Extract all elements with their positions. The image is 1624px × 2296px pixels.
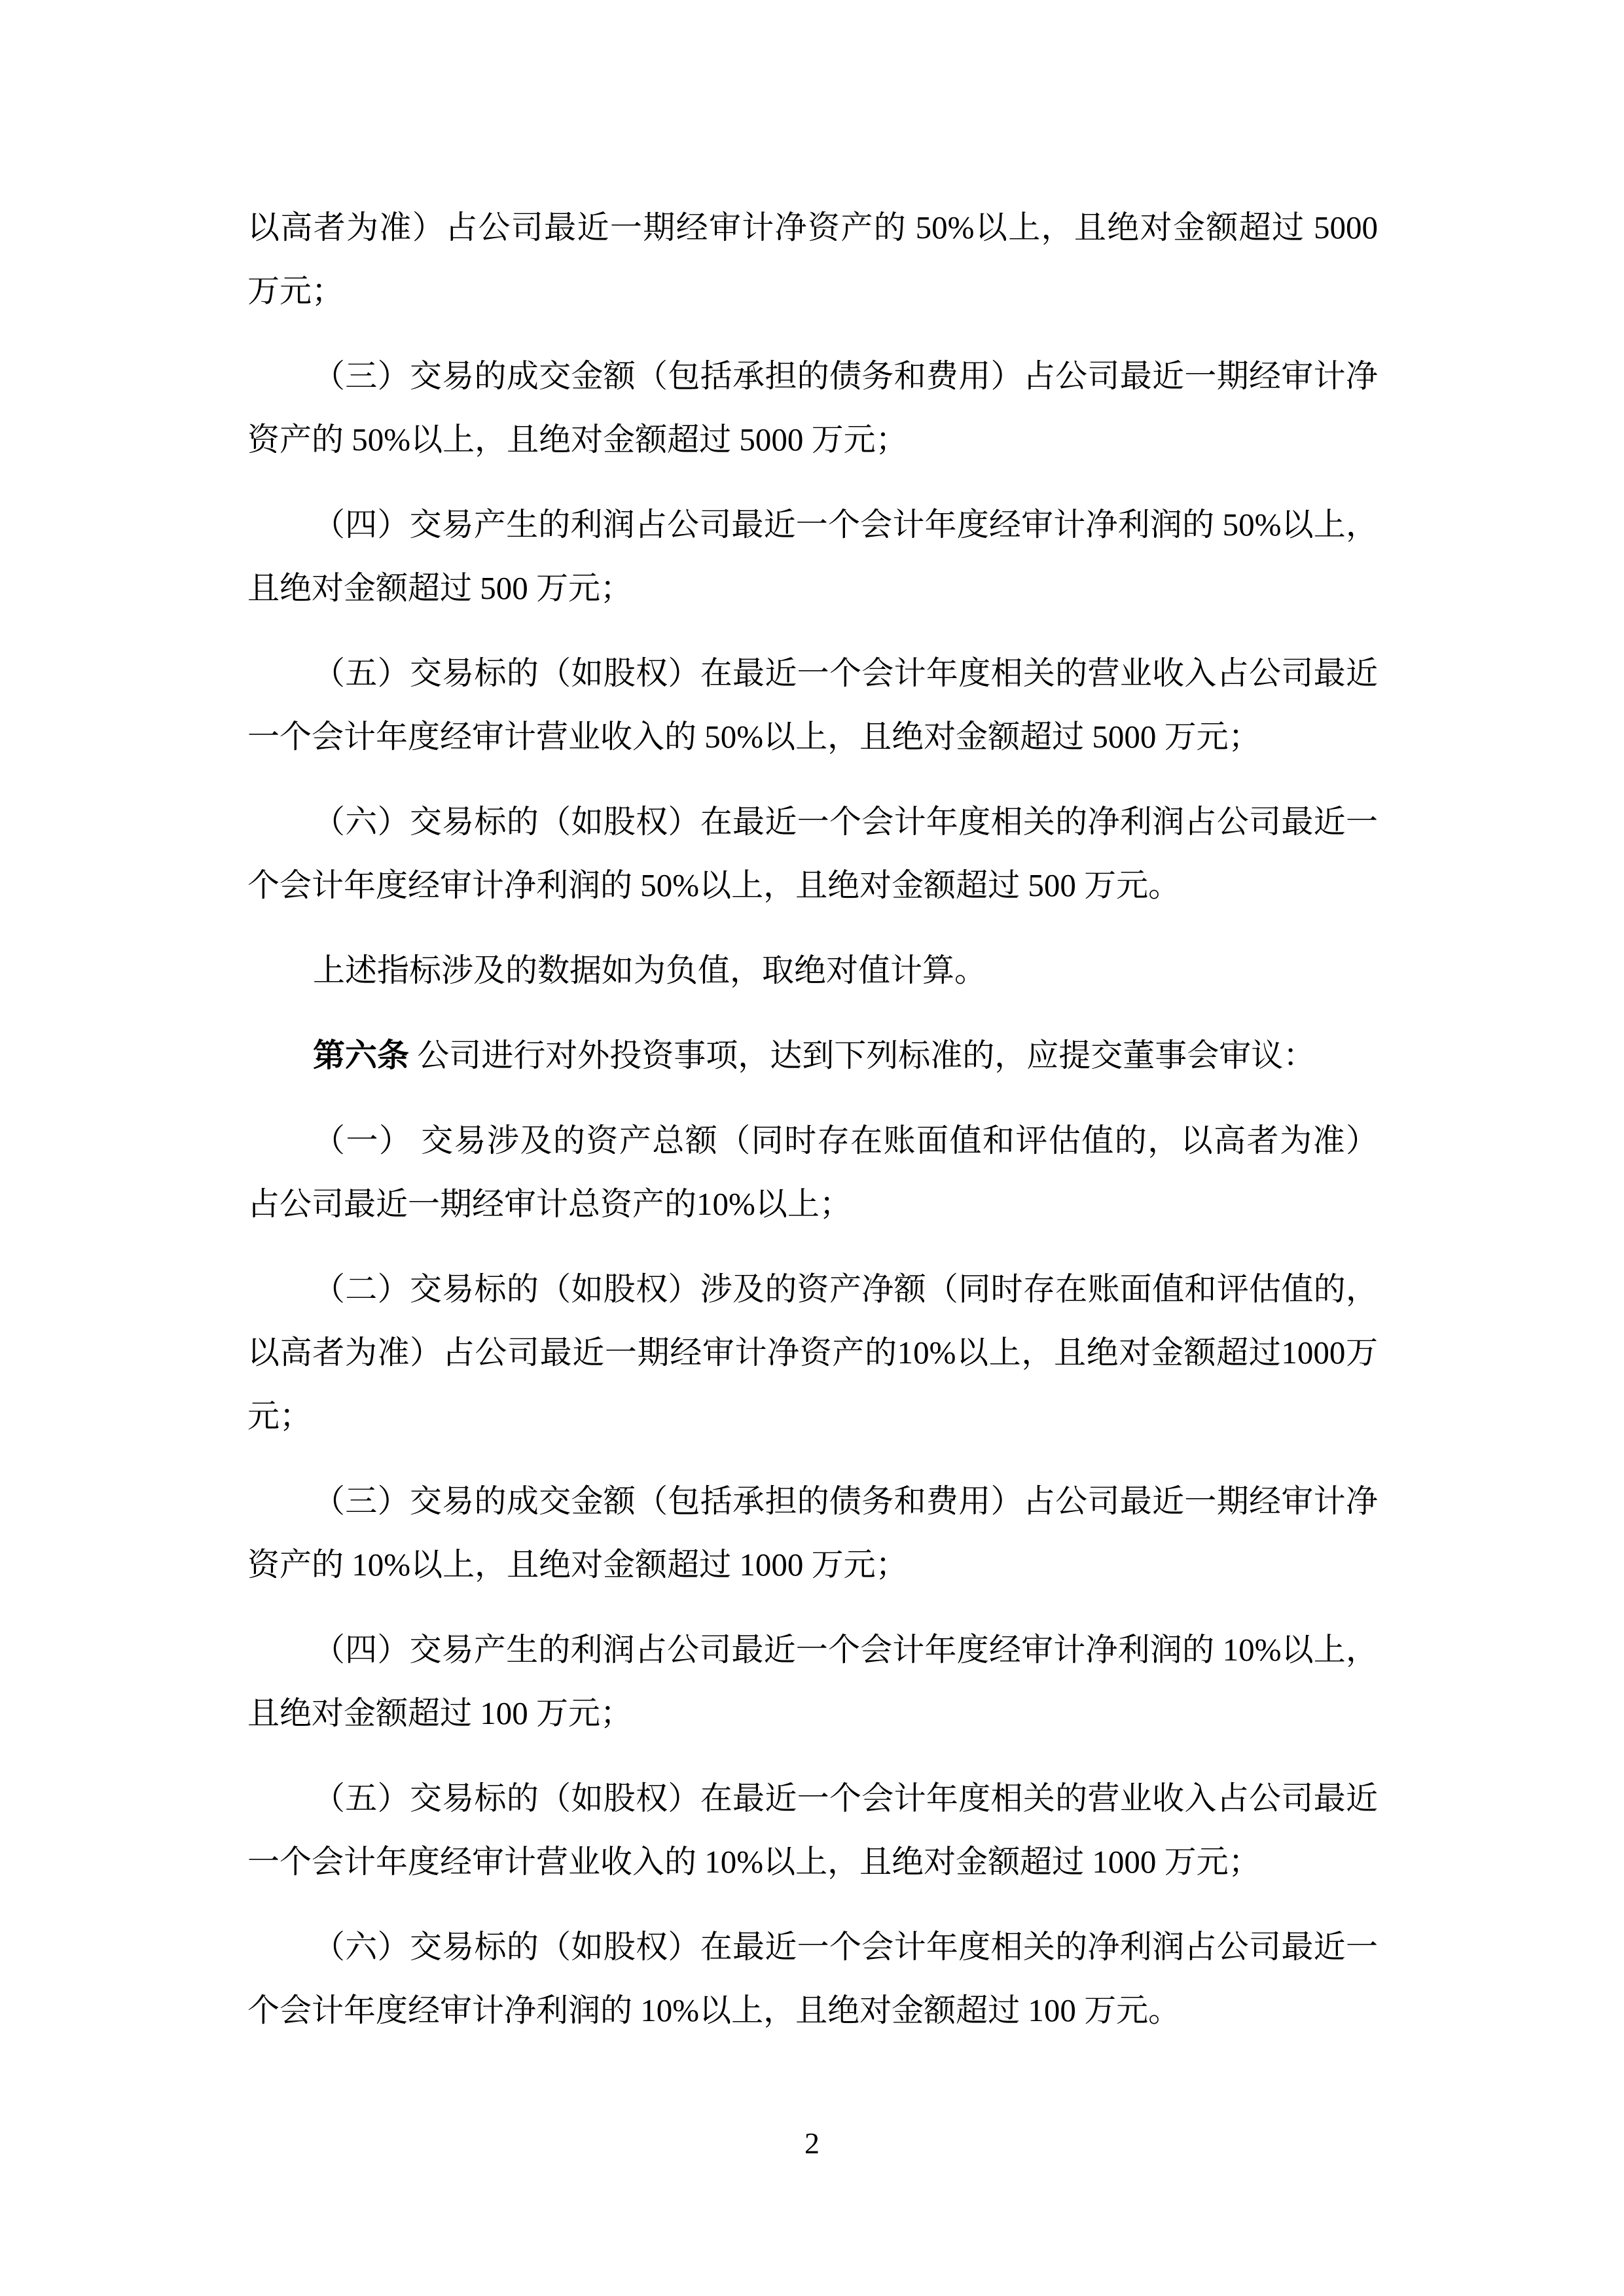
text-line: （六）交易标的（如股权）在最近一个会计年度相关的净利润占公司最近一	[247, 790, 1378, 853]
text-line: （三）交易的成交金额（包括承担的债务和费用）占公司最近一期经审计净	[247, 344, 1378, 408]
text-line: 一个会计年度经审计营业收入的 10%以上，且绝对金额超过 1000 万元；	[247, 1830, 1378, 1893]
text-line: （五）交易标的（如股权）在最近一个会计年度相关的营业收入占公司最近	[247, 641, 1378, 705]
page-footer: 2	[0, 2128, 1624, 2159]
text-line: 第六条 公司进行对外投资事项，达到下列标准的，应提交董事会审议：	[247, 1024, 1378, 1087]
text-line: （二）交易标的（如股权）涉及的资产净额（同时存在账面值和评估值的，	[247, 1257, 1378, 1321]
text-line: （四）交易产生的利润占公司最近一个会计年度经审计净利润的 10%以上，	[247, 1618, 1378, 1681]
paragraph: （三）交易的成交金额（包括承担的债务和费用）占公司最近一期经审计净资产的 10%…	[247, 1469, 1378, 1596]
paragraph: （六）交易标的（如股权）在最近一个会计年度相关的净利润占公司最近一个会计年度经审…	[247, 1915, 1378, 2042]
paragraph: 上述指标涉及的数据如为负值，取绝对值计算。	[247, 939, 1378, 1002]
text-line: 万元；	[247, 259, 1378, 323]
text-line: 个会计年度经审计净利润的 50%以上，且绝对金额超过 500 万元。	[247, 853, 1378, 917]
paragraph: （五）交易标的（如股权）在最近一个会计年度相关的营业收入占公司最近一个会计年度经…	[247, 1767, 1378, 1893]
document-page: 以高者为准）占公司最近一期经审计净资产的 50%以上，且绝对金额超过 5000万…	[0, 0, 1624, 2296]
text-line: （一） 交易涉及的资产总额（同时存在账面值和评估值的，以高者为准）	[247, 1109, 1378, 1172]
paragraph: （五）交易标的（如股权）在最近一个会计年度相关的营业收入占公司最近一个会计年度经…	[247, 641, 1378, 768]
text-line: 资产的 10%以上，且绝对金额超过 1000 万元；	[247, 1533, 1378, 1596]
text-line: 资产的 50%以上，且绝对金额超过 5000 万元；	[247, 408, 1378, 471]
text-line: 以高者为准）占公司最近一期经审计净资产的 50%以上，且绝对金额超过 5000	[247, 196, 1378, 259]
paragraph: 以高者为准）占公司最近一期经审计净资产的 50%以上，且绝对金额超过 5000万…	[247, 196, 1378, 323]
text-line: （四）交易产生的利润占公司最近一个会计年度经审计净利润的 50%以上，	[247, 493, 1378, 556]
paragraph: （四）交易产生的利润占公司最近一个会计年度经审计净利润的 10%以上，且绝对金额…	[247, 1618, 1378, 1745]
paragraph: 第六条 公司进行对外投资事项，达到下列标准的，应提交董事会审议：	[247, 1024, 1378, 1087]
text-line: 占公司最近一期经审计总资产的10%以上；	[247, 1172, 1378, 1236]
text-line: 元；	[247, 1384, 1378, 1448]
paragraph: （二）交易标的（如股权）涉及的资产净额（同时存在账面值和评估值的，以高者为准）占…	[247, 1257, 1378, 1448]
text-line: （五）交易标的（如股权）在最近一个会计年度相关的营业收入占公司最近	[247, 1767, 1378, 1830]
text-line: 个会计年度经审计净利润的 10%以上，且绝对金额超过 100 万元。	[247, 1979, 1378, 2042]
paragraph: （三）交易的成交金额（包括承担的债务和费用）占公司最近一期经审计净资产的 50%…	[247, 344, 1378, 471]
text-line: （六）交易标的（如股权）在最近一个会计年度相关的净利润占公司最近一	[247, 1915, 1378, 1979]
paragraph: （一） 交易涉及的资产总额（同时存在账面值和评估值的，以高者为准）占公司最近一期…	[247, 1109, 1378, 1236]
page-number: 2	[804, 2126, 820, 2160]
document-body: 以高者为准）占公司最近一期经审计净资产的 50%以上，且绝对金额超过 5000万…	[247, 196, 1378, 2042]
paragraph: （四）交易产生的利润占公司最近一个会计年度经审计净利润的 50%以上，且绝对金额…	[247, 493, 1378, 620]
text-line: 且绝对金额超过 500 万元；	[247, 556, 1378, 620]
text-line: 且绝对金额超过 100 万元；	[247, 1681, 1378, 1745]
paragraph: （六）交易标的（如股权）在最近一个会计年度相关的净利润占公司最近一个会计年度经审…	[247, 790, 1378, 917]
text-line: 以高者为准）占公司最近一期经审计净资产的10%以上，且绝对金额超过1000万	[247, 1321, 1378, 1384]
text-line: 一个会计年度经审计营业收入的 50%以上，且绝对金额超过 5000 万元；	[247, 705, 1378, 768]
text-line: （三）交易的成交金额（包括承担的债务和费用）占公司最近一期经审计净	[247, 1469, 1378, 1533]
article-number: 第六条	[313, 1037, 409, 1073]
text-line: 上述指标涉及的数据如为负值，取绝对值计算。	[247, 939, 1378, 1002]
